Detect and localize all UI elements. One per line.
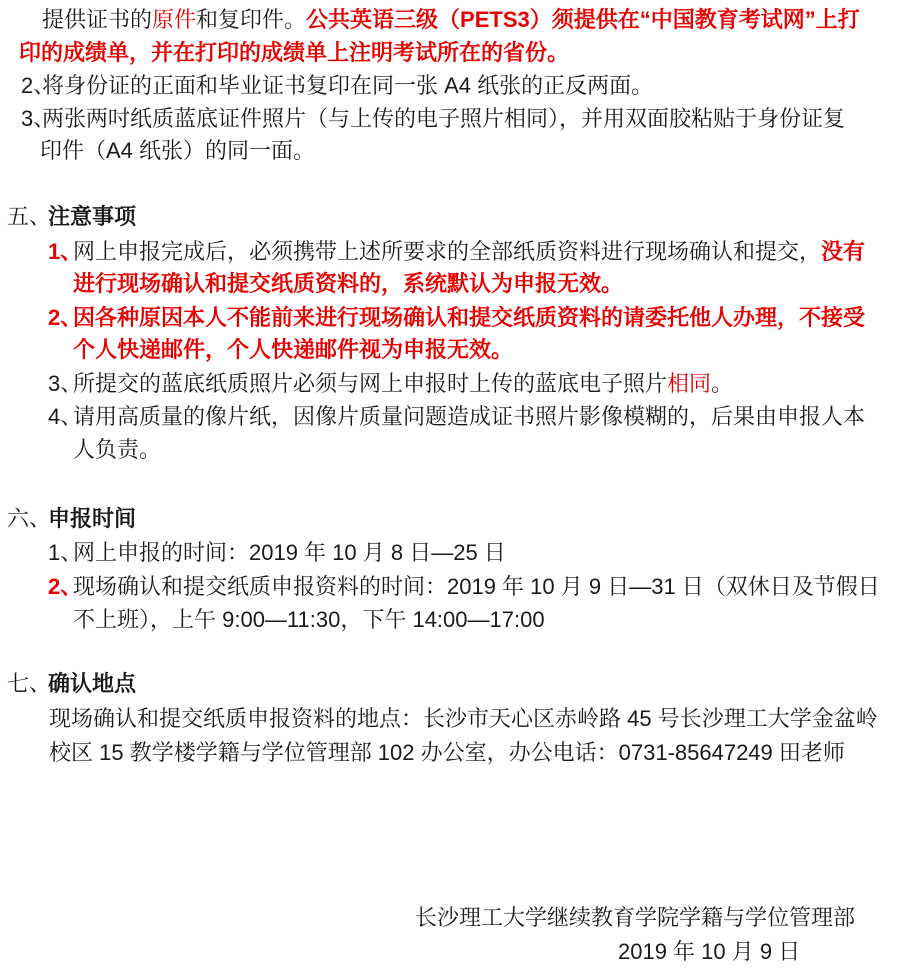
text-segment: 人负责。 xyxy=(73,437,161,462)
id-copy-item: 2、将身份证的正面和毕业证书复印在同一张 A4 纸张的正反两面。 xyxy=(21,73,653,99)
list-number: 2、 xyxy=(21,73,42,99)
notes-item-2-line-2: 个人快递邮件，个人快递邮件视为申报无效。 xyxy=(73,337,513,363)
notes-item-4-line-1: 4、请用高质量的像片纸，因像片质量问题造成证书照片影像模糊的，后果由申报人本 xyxy=(48,404,865,430)
notes-item-4-line-2: 人负责。 xyxy=(73,437,161,463)
invalid-warning-text: 进行现场确认和提交纸质资料的，系统默认为申报无效。 xyxy=(73,271,623,296)
text-segment: 网上申报完成后，必须携带上述所要求的全部纸质资料进行现场确认和提交， xyxy=(73,239,821,264)
list-number: 1、 xyxy=(48,239,73,265)
onsite-confirmation-period: 现场确认和提交纸质申报资料的时间：2019 年 10 月 9 日—31 日（双休… xyxy=(73,574,880,599)
address-text: 现场确认和提交纸质申报资料的地点：长沙市天心区赤岭路 45 号长沙理工大学金盆岭 xyxy=(49,706,878,731)
text-segment: 请用高质量的像片纸，因像片质量问题造成证书照片影像模糊的，后果由申报人本 xyxy=(73,404,865,429)
notes-item-1-line-1: 1、网上申报完成后，必须携带上述所要求的全部纸质资料进行现场确认和提交，没有 xyxy=(48,239,865,265)
pets3-requirement-line-2: 印的成绩单，并在打印的成绩单上注明考试所在的省份。 xyxy=(19,40,569,66)
proxy-warning-text: 因各种原因本人不能前来进行现场确认和提交纸质资料的请委托他人办理，不接受 xyxy=(73,305,865,330)
photo-item-line-2: 印件（A4 纸张）的同一面。 xyxy=(40,138,315,164)
time-item-2-line-1: 2、现场确认和提交纸质申报资料的时间：2019 年 10 月 9 日—31 日（… xyxy=(48,574,880,600)
time-item-1: 1、网上申报的时间：2019 年 10 月 8 日—25 日 xyxy=(48,540,506,566)
photo-item-line-1: 3、两张两吋纸质蓝底证件照片（与上传的电子照片相同），并用双面胶粘贴于身份证复 xyxy=(21,106,845,132)
text-segment: 。 xyxy=(711,371,733,396)
time-item-2-line-2: 不上班），上午 9:00—11:30，下午 14:00—17:00 xyxy=(73,607,545,633)
online-application-period: 网上申报的时间：2019 年 10 月 8 日—25 日 xyxy=(73,540,506,565)
document-page: { "colors": { "red": "#e60000", "black":… xyxy=(0,0,900,973)
pets3-warning-text: 公共英语三级（PETS3）须提供在“中国教育考试网”上打 xyxy=(306,7,860,32)
confirmation-address-line-2: 校区 15 教学楼学籍与学位管理部 102 办公室，办公电话：0731-8564… xyxy=(49,740,845,766)
text-segment: 所提交的蓝底纸质照片必须与网上申报时上传的蓝底电子照片 xyxy=(73,371,667,396)
section-notes-heading: 五、注意事项 xyxy=(7,204,136,230)
text-segment: 两张两吋纸质蓝底证件照片（与上传的电子照片相同），并用双面胶粘贴于身份证复 xyxy=(42,106,845,131)
section-number: 七、 xyxy=(7,671,48,697)
signature-date: 2019 年 10 月 9 日 xyxy=(618,939,800,965)
section-place-heading: 七、确认地点 xyxy=(7,671,136,697)
issuing-department: 长沙理工大学继续教育学院学籍与学位管理部 xyxy=(415,905,855,930)
text-segment: 和复印件。 xyxy=(196,7,306,32)
list-number: 3、 xyxy=(48,371,73,397)
invalid-warning-text: 没有 xyxy=(821,239,865,264)
section-number: 五、 xyxy=(7,204,48,230)
list-number: 1、 xyxy=(48,540,73,566)
confirmation-address-line-1: 现场确认和提交纸质申报资料的地点：长沙市天心区赤岭路 45 号长沙理工大学金盆岭 xyxy=(49,706,878,732)
text-segment: 提供证书的 xyxy=(42,7,152,32)
pets3-warning-text: 印的成绩单，并在打印的成绩单上注明考试所在的省份。 xyxy=(19,40,569,65)
issue-date: 2019 年 10 月 9 日 xyxy=(618,939,800,964)
notes-item-3: 3、所提交的蓝底纸质照片必须与网上申报时上传的蓝底电子照片相同。 xyxy=(48,371,733,397)
section-number: 六、 xyxy=(7,506,48,532)
proxy-warning-text: 个人快递邮件，个人快递邮件视为申报无效。 xyxy=(73,337,513,362)
list-number: 2、 xyxy=(48,574,73,600)
list-number: 2、 xyxy=(48,305,73,331)
signature-org: 长沙理工大学继续教育学院学籍与学位管理部 xyxy=(415,905,855,931)
list-number: 3、 xyxy=(21,106,42,132)
section-title: 确认地点 xyxy=(48,671,136,696)
notes-item-1-line-2: 进行现场确认和提交纸质资料的，系统默认为申报无效。 xyxy=(73,271,623,297)
address-phone-text: 校区 15 教学楼学籍与学位管理部 102 办公室，办公电话：0731-8564… xyxy=(49,740,845,765)
section-time-heading: 六、申报时间 xyxy=(7,506,136,532)
section-title: 注意事项 xyxy=(48,204,136,229)
office-hours: 不上班），上午 9:00—11:30，下午 14:00—17:00 xyxy=(73,607,545,632)
pets3-requirement-line-1: 提供证书的原件和复印件。公共英语三级（PETS3）须提供在“中国教育考试网”上打 xyxy=(42,7,860,33)
list-number: 4、 xyxy=(48,404,73,430)
notes-item-2-line-1: 2、因各种原因本人不能前来进行现场确认和提交纸质资料的请委托他人办理，不接受 xyxy=(48,305,865,331)
section-title: 申报时间 xyxy=(48,506,136,531)
text-segment: 印件（A4 纸张）的同一面。 xyxy=(40,138,315,163)
highlight-original-document: 原件 xyxy=(152,7,196,32)
text-segment: 将身份证的正面和毕业证书复印在同一张 A4 纸张的正反两面。 xyxy=(42,73,653,98)
highlight-identical: 相同 xyxy=(667,371,711,396)
